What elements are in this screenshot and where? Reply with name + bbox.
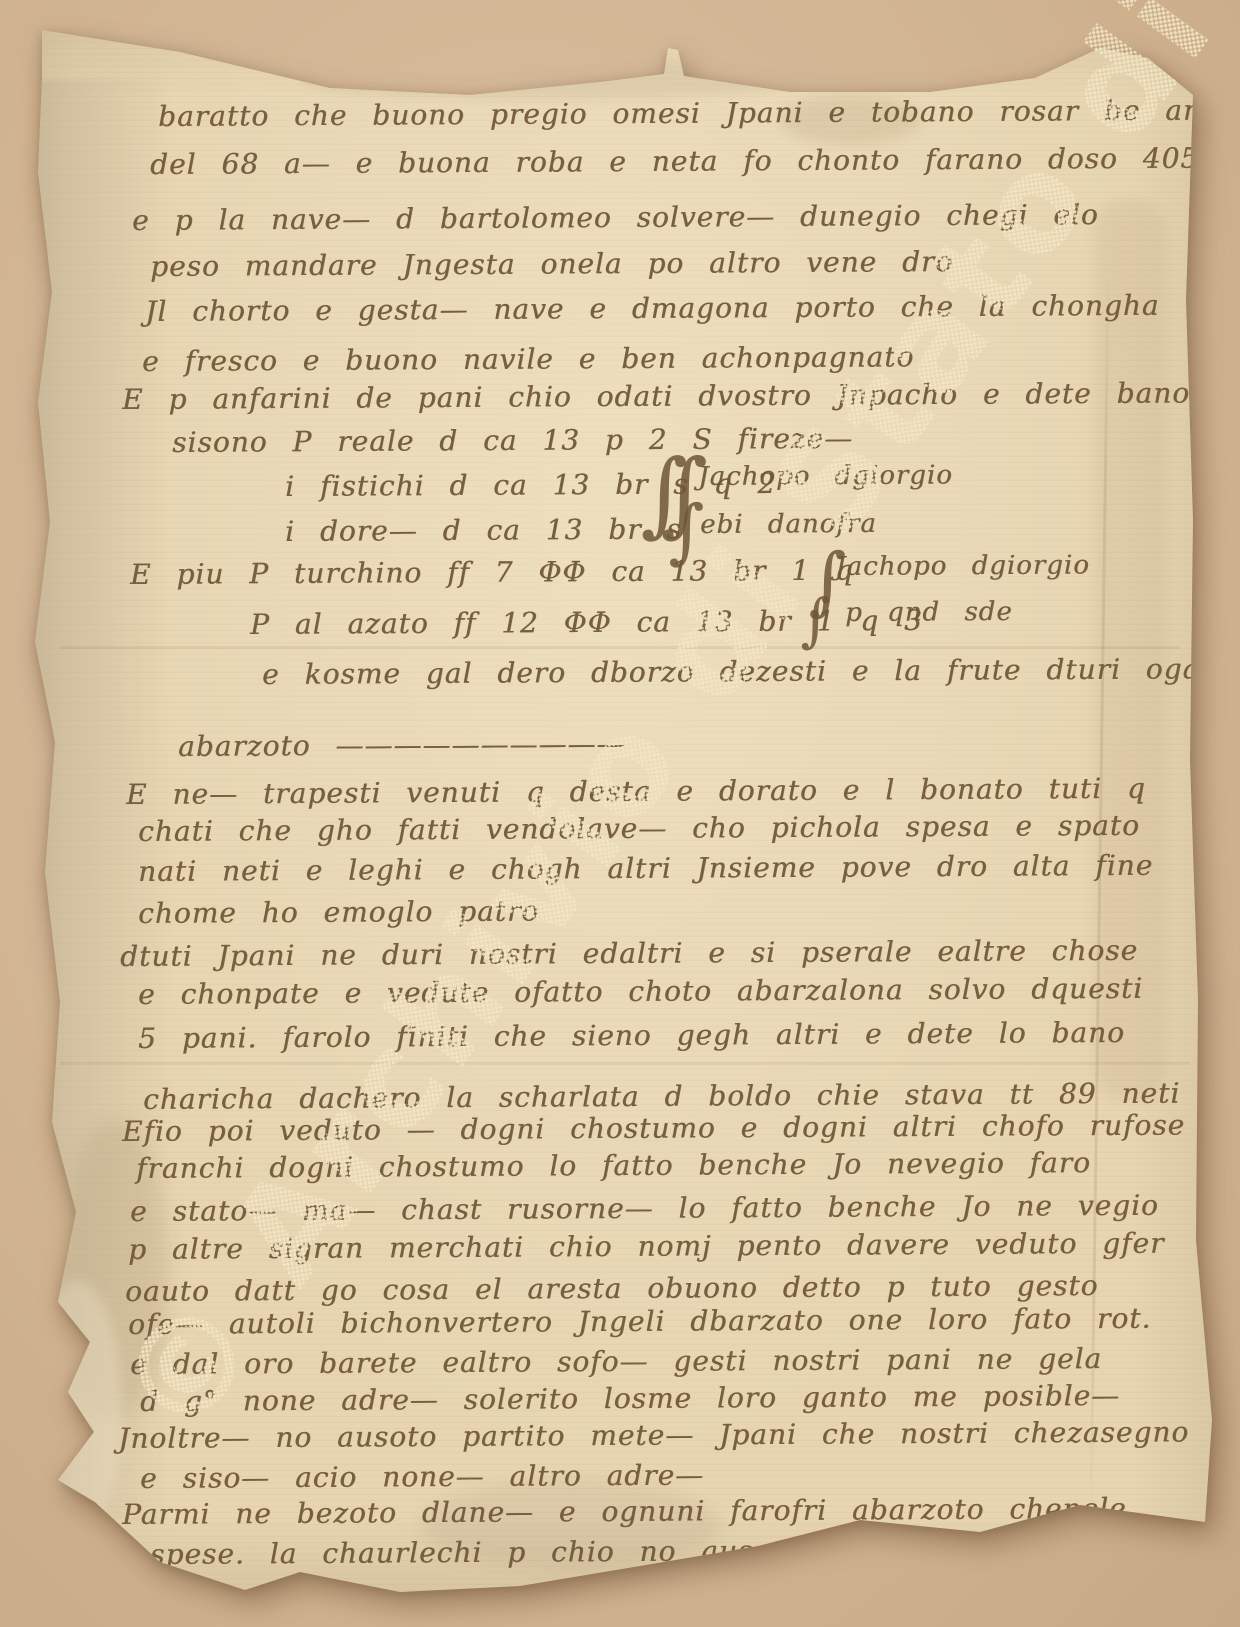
manuscript-line: abarzoto —————————— bbox=[178, 727, 626, 763]
manuscript-line: franchi dogni chostumo lo fatto benche J… bbox=[136, 1146, 1091, 1185]
manuscript-annotation: ebi danofra bbox=[700, 509, 877, 540]
manuscript-line: peso mandare Jngesta onela po altro vene… bbox=[150, 245, 953, 283]
manuscript-line: Parmi ne bezoto dlane— e ognuni farofri … bbox=[122, 1492, 1127, 1531]
manuscript-line: Jnoltre— no ausoto partito mete— Jpani c… bbox=[118, 1415, 1189, 1455]
vertical-crease bbox=[1089, 260, 1110, 1530]
manuscript-line: E ne— trapesti venuti q desta e dorato e… bbox=[126, 772, 1146, 811]
manuscript-line: P al azato ff 12 ΦΦ ca 13 br 1 q 3 bbox=[250, 604, 923, 641]
manuscript-annotation: Jachopo dgiorgio bbox=[698, 460, 953, 492]
manuscript-line: e p la nave— d bartolomeo solvere— duneg… bbox=[132, 198, 1099, 237]
manuscript-line: dtuti Jpani ne duri nostri edaltri e si … bbox=[120, 934, 1138, 973]
scanned-manuscript-photo: baratto che buono pregio omesi Jpani e t… bbox=[0, 0, 1240, 1627]
manuscript-line: sisono P reale d ca 13 p 2 S fireze— bbox=[172, 422, 853, 459]
manuscript-annotation: Jachopo dgiorgio bbox=[835, 550, 1090, 582]
manuscript-line: spese. la chaurlechi p chio no ausati ge… bbox=[150, 1532, 1186, 1571]
manuscript-line: d g° none adre— solerito losme loro gant… bbox=[140, 1379, 1120, 1418]
manuscript-line: chome ho emoglo patro bbox=[138, 895, 539, 930]
brace-mark: ∫ bbox=[800, 586, 803, 654]
manuscript-line: chati che gho fatti vendolave— cho picho… bbox=[138, 809, 1140, 848]
paper-shadow-wrap: baratto che buono pregio omesi Jpani e t… bbox=[0, 0, 1240, 1627]
manuscript-line: 5 pani. farolo finiti che sieno gegh alt… bbox=[138, 1016, 1125, 1055]
manuscript-line: ofe— autoli bichonvertero Jngeli dbarzat… bbox=[128, 1302, 1151, 1341]
manuscript-line: e siso— acio none— altro adre— bbox=[140, 1459, 704, 1495]
manuscript-line: e chonpate e vedute ofatto choto abarzal… bbox=[138, 972, 1143, 1011]
manuscript-annotation: p qnd sde bbox=[845, 597, 1013, 628]
manuscript-line: baratto che buono pregio omesi Jpani e t… bbox=[158, 93, 1240, 133]
manuscript-line: e stato— ma— chast rusorne— lo fatto ben… bbox=[130, 1189, 1159, 1228]
manuscript-line: E p anfarini de pani chio odati dvostro … bbox=[122, 376, 1190, 416]
manuscript-line: e kosme gal dero dborzo dezesti e la fru… bbox=[262, 652, 1240, 691]
horizontal-crease-upper bbox=[60, 646, 1180, 649]
manuscript-line: p altre sigran merchati chio nomj pento … bbox=[128, 1227, 1164, 1266]
horizontal-crease-lower bbox=[60, 1062, 1190, 1065]
manuscript-line: del 68 a— e buona roba e neta fo chonto … bbox=[150, 141, 1237, 181]
brace-mark: ∫ bbox=[808, 538, 819, 624]
manuscript-line: Efio poi veduto — dogni chostumo e dogni… bbox=[122, 1109, 1185, 1148]
top-edge-shading bbox=[300, 60, 800, 100]
manuscript-paper: baratto che buono pregio omesi Jpani e t… bbox=[0, 0, 1240, 1627]
brace-mark: ∫ bbox=[668, 490, 677, 572]
manuscript-line: e dal oro barete ealtro sofo— gesti nost… bbox=[130, 1342, 1102, 1381]
manuscript-line: i dore— d ca 13 br s bbox=[285, 513, 682, 548]
manuscript-line: e fresco e buono navile e ben achonpagna… bbox=[142, 340, 914, 378]
manuscript-line: E piu P turchino ff 7 ΦΦ ca 13 br 1 q bbox=[130, 554, 854, 591]
manuscript-line: Jl chorto e gesta— nave e dmagona porto … bbox=[145, 289, 1160, 328]
left-edge-flap-highlight bbox=[32, 1280, 122, 1540]
manuscript-line: nati neti e leghi e chogh altri Jnsieme … bbox=[138, 849, 1153, 888]
